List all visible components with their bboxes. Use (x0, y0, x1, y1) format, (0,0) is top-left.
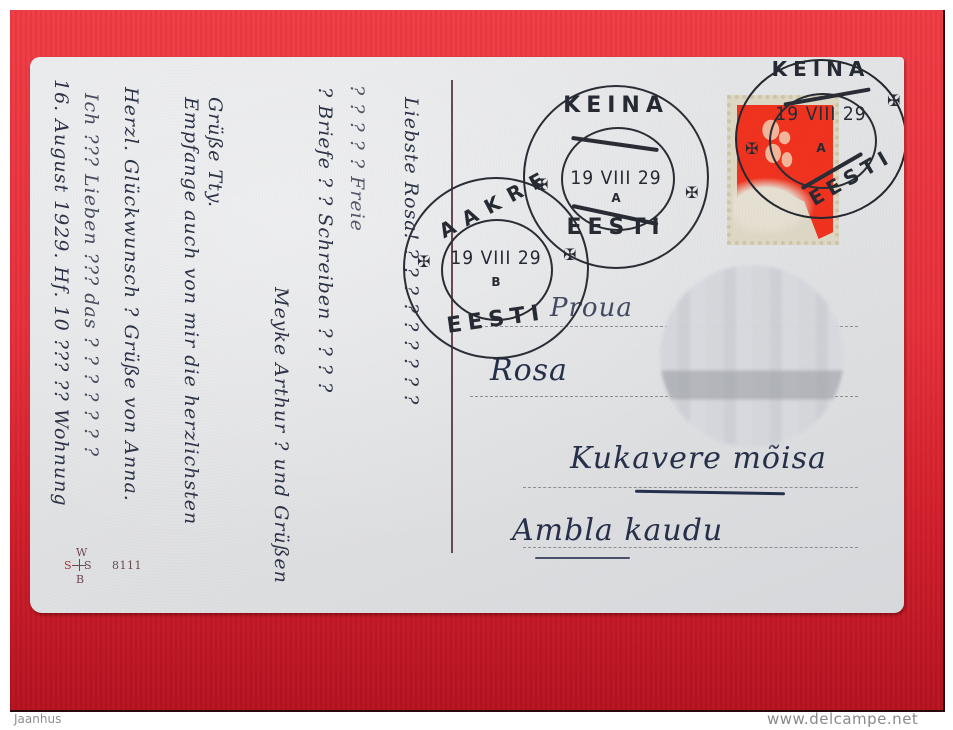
message-line: 16. August 1929. Hf. 10 ??? ?? Wohnung (50, 79, 72, 507)
message-line: Empfange auch von mir die herzlichsten (180, 97, 202, 525)
publisher-number: 8111 (112, 560, 142, 572)
photographer-watermark: Jaanhus (14, 712, 61, 726)
underline (635, 490, 785, 496)
underline (535, 557, 630, 559)
publisher-mark-left: S (64, 560, 72, 572)
message-line: ? ? ? ? ? Freie (346, 85, 368, 232)
message-line: Herzl. Glückwunsch ? Grüße von Anna. (120, 87, 142, 502)
publisher-mark-top: W (76, 547, 87, 559)
postmark-date: 19 VIII 29 (737, 103, 904, 125)
address-place: Kukavere mõisa (570, 441, 827, 476)
message-line: Grüße Tty. (204, 97, 226, 208)
postmark-letter: B (405, 275, 587, 289)
publisher-mark-right: S (84, 560, 92, 572)
postcard: 16. August 1929. Hf. 10 ??? ?? Wohnung I… (30, 57, 904, 613)
redacted-surname (660, 265, 844, 447)
postmark-aakre: AAKRE ✠ ✠ 19 VIII 29 B EESTI (403, 177, 589, 359)
message-line: Ich ??? Lieben ??? das ? ? ? ? ? ? ? (80, 93, 102, 457)
postmark-date: 19 VIII 29 (405, 247, 587, 269)
publisher-mark-bottom: B (76, 574, 84, 586)
site-watermark: www.delcampe.net (767, 710, 918, 728)
postmark-town: KEINA (525, 93, 707, 118)
message-line: ? Briefe ? ? Schreiben ? ? ? ? (314, 87, 336, 393)
postmark-keina-on-stamp: KEINA ✠ ✠ 19 VIII 29 A EESTI (735, 59, 904, 219)
address-line (523, 487, 858, 488)
postcard-photo: 16. August 1929. Hf. 10 ??? ?? Wohnung I… (0, 0, 953, 730)
postmark-town: KEINA (737, 57, 904, 81)
address-via: Ambla kaudu (512, 513, 723, 548)
message-line: Meyke Arthur ? und Grüßen (270, 287, 292, 584)
